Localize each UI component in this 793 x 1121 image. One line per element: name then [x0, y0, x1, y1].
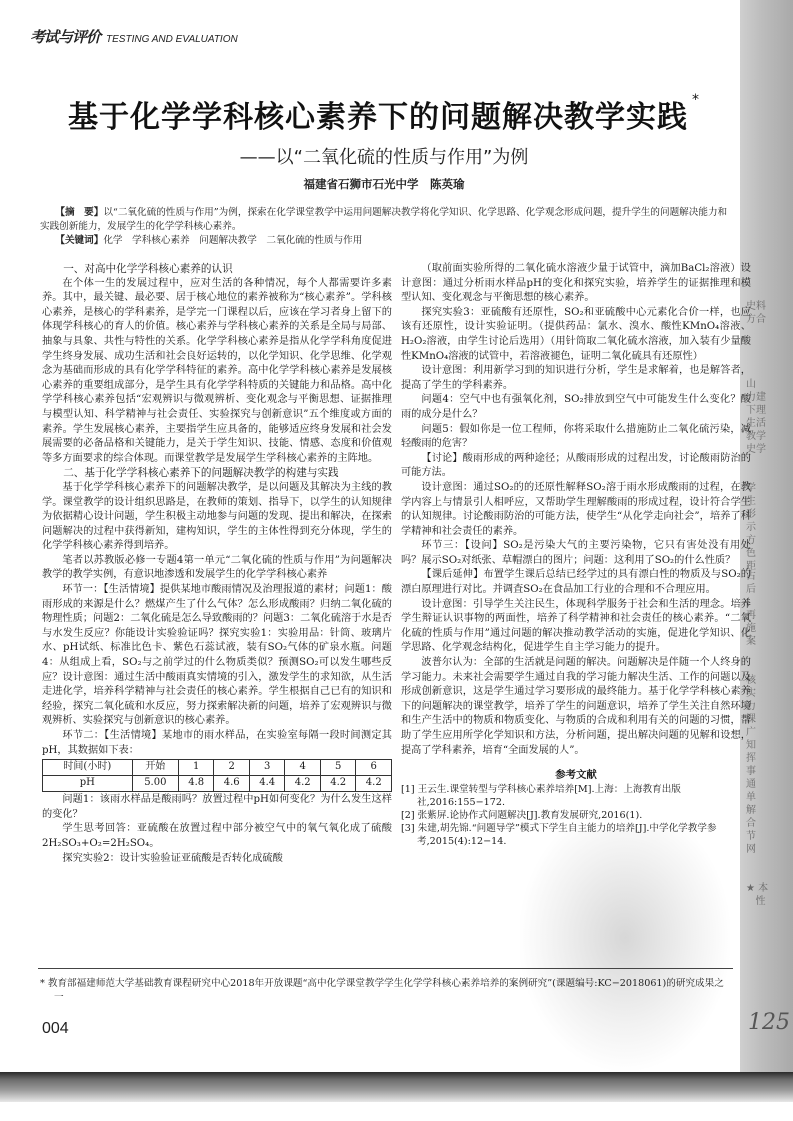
paragraph: 波普尔认为：全部的生活就是问题的解决。问题解决是伴随一个人终身的学习能力。未来社…: [401, 656, 751, 758]
left-column: 一、对高中化学学科核心素养的认识 在个体一生的发展过程中，应对生活的各种情况，每…: [42, 262, 392, 866]
table-cell: 5.00: [132, 776, 178, 792]
scan-smudge: [520, 830, 730, 1070]
paragraph: （取前面实验所得的二氧化硫水溶液少量于试管中，滴加BaCl₂溶液）设计意图：通过…: [401, 262, 751, 306]
table-cell: 4.8: [178, 776, 214, 792]
author-line: 福建省石狮市石光中学 陈英瑜: [34, 176, 734, 192]
paragraph: 笔者以苏教版必修一专题4第一单元“二氧化硫的性质与作用”为问题解决教学的教学实例…: [42, 554, 392, 583]
journal-name-cn: 考试与评价: [30, 26, 100, 47]
keywords: 【关键词】化学 学科核心素养 问题解决教学 二氧化硫的性质与作用: [40, 234, 730, 248]
table-cell: 2: [214, 760, 250, 776]
adjacent-page-text-top: 史料 方合 山 力建 下理 生活 教学 史学 学 生 形 示 方 色 距: [746, 300, 786, 573]
paragraph: 设计意图：引导学生关注民生，体现科学服务于社会和生活的理念。培养学生辩证认识事物…: [401, 598, 751, 656]
paragraph: 学生思考回答：亚硫酸在放置过程中部分被空气中的氧气氧化成了硫酸 2H₂SO₃+O…: [42, 822, 392, 851]
paragraph: 环节三：【设问】SO₂是污染大气的主要污染物，它只有害处没有用处吗？展示SO₂对…: [401, 539, 751, 568]
article-subtitle: ——以“二氧化硫的性质与作用”为例: [34, 143, 734, 169]
table-cell: 3: [249, 760, 285, 776]
table-cell: 时间(小时): [43, 760, 133, 776]
table-cell: 5: [320, 760, 356, 776]
paragraph: 环节二：【生活情境】某地市的雨水样品，在实验室每隔一段时间测定其pH，其数据如下…: [42, 729, 392, 758]
table-cell: 1: [178, 760, 214, 776]
paragraph: 设计意图：通过SO₂的的还原性解释SO₂溶于雨水形成酸雨的过程，在教学内容上与情…: [401, 481, 751, 539]
paragraph: 探究实验3：亚硫酸有还原性，SO₂和亚硫酸中心元素化合价一样，也应该有还原性，设…: [401, 306, 751, 364]
footnote: * 教育部福建师范大学基础教育课程研究中心2018年开放课题“高中化学课堂教学学…: [40, 977, 732, 1005]
table-cell: 4.2: [356, 776, 392, 792]
abstract-text: 以“二氧化硫的性质与作用”为例，探索在化学课堂教学中运用问题解决教学将化学知识、…: [40, 207, 727, 232]
reference-item: [1] 王云生.课堂转型与学科核心素养培养[M].上海：上海教育出版社,2016…: [401, 783, 751, 809]
reference-item: [2] 张紫屏.论协作式问题解决[J].教育发展研究,2016(1).: [401, 809, 751, 822]
article-title: 基于化学学科核心素养下的问题解决教学实践*: [34, 92, 734, 136]
section-heading-2: 二、基于化学学科核心素养下的问题解决教学的构建与实践: [42, 466, 392, 481]
table-cell: 6: [356, 760, 392, 776]
journal-header: 考试与评价 TESTING AND EVALUATION: [30, 26, 238, 47]
scan-bottom-shadow: [0, 1072, 793, 1102]
table-cell: pH: [43, 776, 133, 792]
title-text: 基于化学学科核心素养下的问题解决教学实践: [68, 100, 688, 135]
paragraph: 【课后延伸】布置学生课后总结已经学过的具有漂白性的物质及与SO₂的漂白原理进行对…: [401, 568, 751, 597]
keywords-label: 【关键词】: [55, 235, 103, 246]
reference-item: [3] 朱建,胡先锦.“问题导学”模式下学生自主能力的培养[J].中学化学教学参…: [401, 822, 751, 848]
table-cell: 开始: [132, 760, 178, 776]
scanned-page: 史料 方合 山 力建 下理 生活 教学 史学 学 生 形 示 方 色 距 占 后…: [0, 0, 793, 1121]
footnote-text: * 教育部福建师范大学基础教育课程研究中心2018年开放课题“高中化学课堂教学学…: [40, 977, 732, 1005]
ph-data-table: 时间(小时) 开始 1 2 3 4 5 6 pH 5.00 4.8 4.6 4.…: [42, 759, 392, 792]
table-cell: 4.2: [320, 776, 356, 792]
abstract-label: 【摘 要】: [55, 207, 103, 218]
footnote-divider: [38, 968, 733, 969]
adjacent-page-text-bottom: 占 后 ( 再 施 案 核 实 力 课 广 知 挥 事 通 单 解 合 节 网 …: [746, 570, 786, 908]
table-header-row: 时间(小时) 开始 1 2 3 4 5 6: [43, 760, 392, 776]
journal-name-en: TESTING AND EVALUATION: [106, 34, 238, 45]
references-heading: 参考文献: [401, 768, 751, 783]
abstract: 【摘 要】以“二氧化硫的性质与作用”为例，探索在化学课堂教学中运用问题解决教学将…: [40, 206, 730, 234]
table-cell: 4.6: [214, 776, 250, 792]
handwritten-page-number: 125: [748, 1010, 790, 1035]
paragraph: 问题1：该雨水样品是酸雨吗？放置过程中pH如何变化？为什么发生这样的变化？: [42, 793, 392, 822]
paragraph: 基于化学学科核心素养下的问题解决教学，是以问题及其解决为主线的教学。课堂教学的设…: [42, 481, 392, 554]
table-row: pH 5.00 4.8 4.6 4.4 4.2 4.2 4.2: [43, 776, 392, 792]
paragraph: 【讨论】酸雨形成的两种途径；从酸雨形成的过程出发，讨论酸雨防治的可能方法。: [401, 452, 751, 481]
table-cell: 4.4: [249, 776, 285, 792]
paragraph: 问题5：假如你是一位工程师，你将采取什么措施防止二氧化硫污染，减轻酸雨的危害？: [401, 423, 751, 452]
title-footnote-mark: *: [692, 92, 700, 108]
section-heading-1: 一、对高中化学学科核心素养的认识: [42, 262, 392, 277]
abstract-block: 【摘 要】以“二氧化硫的性质与作用”为例，探索在化学课堂教学中运用问题解决教学将…: [40, 206, 730, 248]
paragraph: 探究实验2：设计实验验证亚硫酸是否转化成硫酸: [42, 852, 392, 867]
right-column: （取前面实验所得的二氧化硫水溶液少量于试管中，滴加BaCl₂溶液）设计意图：通过…: [401, 262, 751, 848]
paragraph: 设计意图：利用新学习到的知识进行分析，学生是求解着，也是解答者，提高了学生的学科…: [401, 364, 751, 393]
paragraph: 问题4：空气中也有强氧化剂，SO₂排放到空气中可能发生什么变化？酸雨的成分是什么…: [401, 393, 751, 422]
table-cell: 4.2: [285, 776, 321, 792]
keywords-text: 化学 学科核心素养 问题解决教学 二氧化硫的性质与作用: [103, 235, 362, 246]
page-number: 004: [42, 1020, 69, 1038]
paragraph: 环节一：【生活情境】提供某地市酸雨情况及治理报道的素材；问题1：酸雨形成的来源是…: [42, 583, 392, 729]
paragraph: 在个体一生的发展过程中，应对生活的各种情况，每个人都需要许多素养。其中，最关键、…: [42, 277, 392, 467]
table-cell: 4: [285, 760, 321, 776]
